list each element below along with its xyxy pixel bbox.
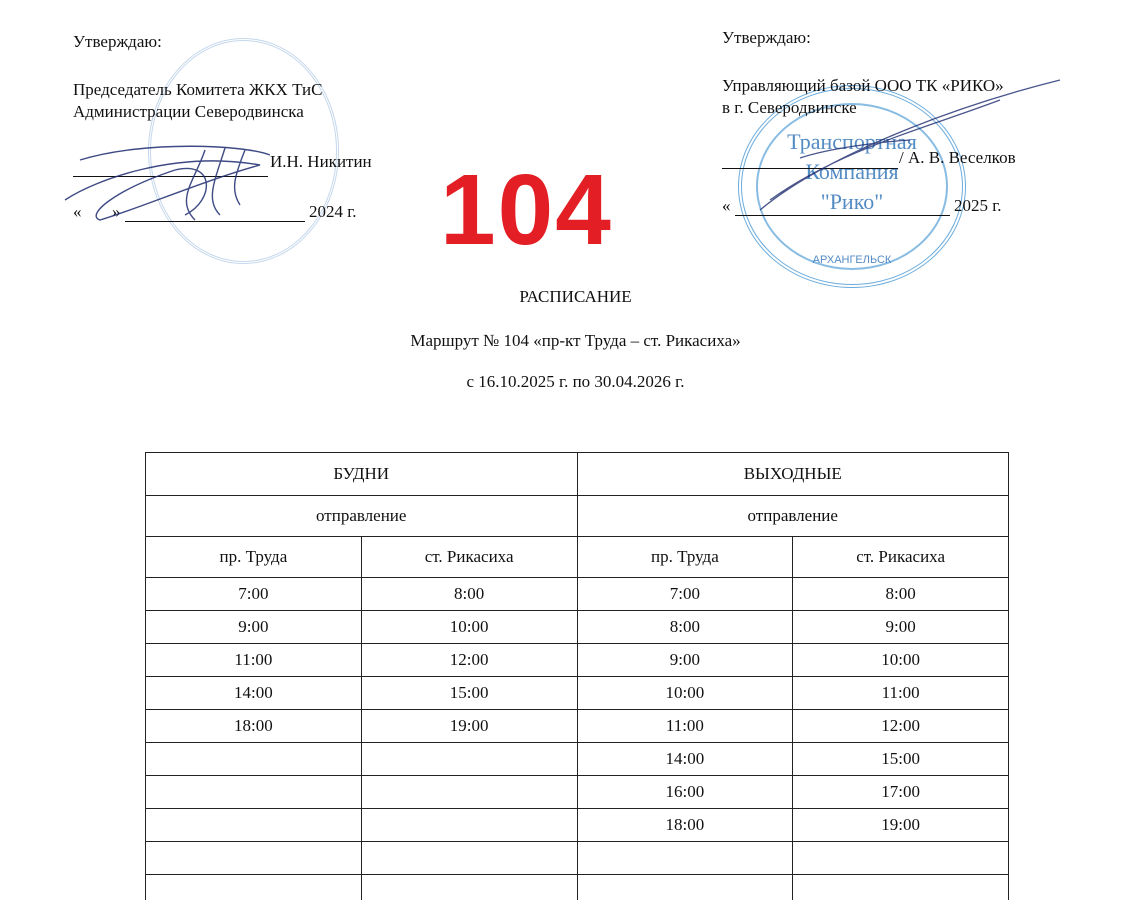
right-date-open-quote: «: [722, 196, 731, 215]
schedule-column-header-row: пр. Труда ст. Рикасиха пр. Труда ст. Рик…: [146, 537, 1009, 578]
schedule-cell: [361, 842, 577, 875]
right-approval-position-1: Управляющий базой ООО ТК «РИКО»: [722, 76, 1004, 96]
schedule-cell: [146, 776, 362, 809]
schedule-cell: 9:00: [577, 644, 793, 677]
schedule-cell: 19:00: [361, 710, 577, 743]
schedule-subheader-row: отправление отправление: [146, 496, 1009, 537]
schedule-cell: [793, 842, 1009, 875]
schedule-cell: 14:00: [146, 677, 362, 710]
schedule-cell: [146, 809, 362, 842]
schedule-cell: 15:00: [361, 677, 577, 710]
left-date-open-quote: «: [73, 202, 82, 221]
table-row: 11:0012:009:0010:00: [146, 644, 1009, 677]
schedule-cell: [146, 875, 362, 900]
schedule-cell: 11:00: [793, 677, 1009, 710]
schedule-cell: 18:00: [146, 710, 362, 743]
table-row: 14:0015:0010:0011:00: [146, 677, 1009, 710]
table-row: [146, 875, 1009, 900]
schedule-cell: 10:00: [577, 677, 793, 710]
schedule-cell: 10:00: [793, 644, 1009, 677]
left-date-line: [125, 203, 305, 222]
schedule-cell: 7:00: [577, 578, 793, 611]
left-signer-name: И.Н. Никитин: [270, 152, 372, 172]
schedule-group-header-row: БУДНИ ВЫХОДНЫЕ: [146, 453, 1009, 496]
left-date-close-quote: »: [112, 202, 121, 221]
right-approval-heading: Утверждаю:: [722, 28, 811, 48]
schedule-cell: [361, 743, 577, 776]
weekends-col-rikasikha: ст. Рикасиха: [793, 537, 1009, 578]
right-date-line: [735, 197, 950, 216]
weekdays-header: БУДНИ: [146, 453, 578, 496]
schedule-cell: 18:00: [577, 809, 793, 842]
left-signature-line: [73, 158, 268, 177]
weekends-header: ВЫХОДНЫЕ: [577, 453, 1009, 496]
schedule-cell: 14:00: [577, 743, 793, 776]
schedule-cell: [793, 875, 1009, 900]
weekends-col-trud: пр. Труда: [577, 537, 793, 578]
schedule-cell: 15:00: [793, 743, 1009, 776]
right-signer-name: / А. В. Веселков: [899, 148, 1016, 168]
weekdays-col-rikasikha: ст. Рикасиха: [361, 537, 577, 578]
weekdays-col-trud: пр. Труда: [146, 537, 362, 578]
schedule-cell: 12:00: [361, 644, 577, 677]
table-row: 18:0019:00: [146, 809, 1009, 842]
table-row: [146, 842, 1009, 875]
left-date-year: 2024 г.: [309, 202, 357, 221]
route-number: 104: [440, 160, 613, 260]
schedule-cell: 9:00: [793, 611, 1009, 644]
right-signature-line: [722, 150, 898, 169]
schedule-cell: [361, 809, 577, 842]
schedule-cell: [146, 743, 362, 776]
schedule-cell: 8:00: [577, 611, 793, 644]
validity-period: с 16.10.2025 г. по 30.04.2026 г.: [10, 372, 1131, 392]
table-row: 14:0015:00: [146, 743, 1009, 776]
weekdays-subheader: отправление: [146, 496, 578, 537]
schedule-cell: 11:00: [146, 644, 362, 677]
table-row: 18:0019:0011:0012:00: [146, 710, 1009, 743]
schedule-cell: 7:00: [146, 578, 362, 611]
schedule-cell: 11:00: [577, 710, 793, 743]
stamp-ring-text: АРХАНГЕЛЬСК: [742, 254, 962, 266]
right-date-year: 2025 г.: [954, 196, 1002, 215]
left-stamp-icon: [148, 38, 339, 264]
schedule-cell: 16:00: [577, 776, 793, 809]
schedule-cell: 8:00: [361, 578, 577, 611]
document-title: РАСПИСАНИЕ: [10, 287, 1131, 307]
table-row: 9:0010:008:009:00: [146, 611, 1009, 644]
schedule-cell: [577, 875, 793, 900]
schedule-cell: [146, 842, 362, 875]
table-row: 16:0017:00: [146, 776, 1009, 809]
left-approval-heading: Утверждаю:: [73, 32, 162, 52]
right-approval-position-2: в г. Северодвинске: [722, 98, 857, 118]
schedule-cell: 12:00: [793, 710, 1009, 743]
schedule-table: БУДНИ ВЫХОДНЫЕ отправление отправление п…: [145, 452, 1009, 900]
schedule-cell: [361, 776, 577, 809]
weekends-subheader: отправление: [577, 496, 1009, 537]
left-approval-position-2: Администрации Северодвинска: [73, 102, 304, 122]
schedule-cell: 9:00: [146, 611, 362, 644]
schedule-cell: 17:00: [793, 776, 1009, 809]
table-row: 7:008:007:008:00: [146, 578, 1009, 611]
schedule-cell: [577, 842, 793, 875]
left-approval-position-1: Председатель Комитета ЖКХ ТиС: [73, 80, 322, 100]
schedule-cell: 10:00: [361, 611, 577, 644]
schedule-cell: 19:00: [793, 809, 1009, 842]
route-description: Маршрут № 104 «пр-кт Труда – ст. Рикасих…: [10, 331, 1131, 351]
schedule-cell: 8:00: [793, 578, 1009, 611]
schedule-cell: [361, 875, 577, 900]
